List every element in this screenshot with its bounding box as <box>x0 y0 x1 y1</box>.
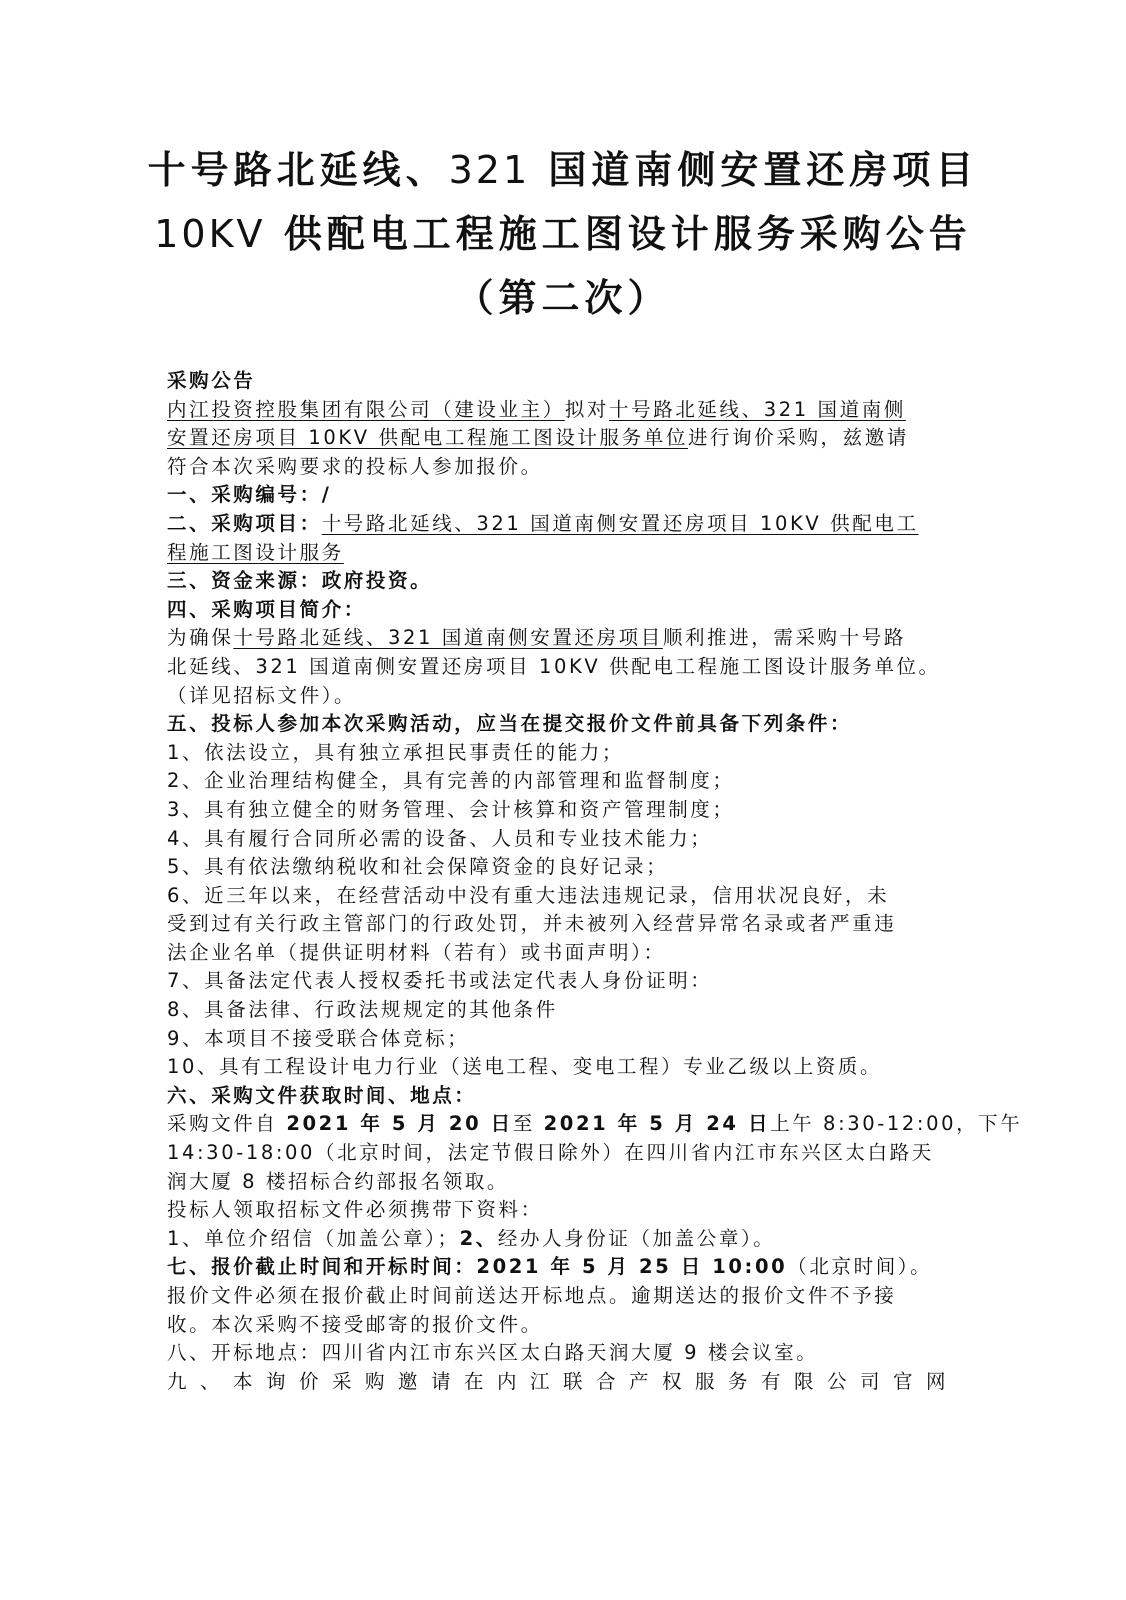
requirement-item: 8、具备法律、行政法规规定的其他条件 <box>167 996 937 1025</box>
intro-text: 拟对 <box>565 398 609 421</box>
section-2-cont: 程施工图设计服务 <box>167 539 937 568</box>
text: 顺利推进，需采购十号路 <box>663 626 906 649</box>
requirement-item: 7、具备法定代表人授权委托书或法定代表人身份证明： <box>167 967 937 996</box>
requirement-item: 3、具有独立健全的财务管理、会计核算和资产管理制度； <box>167 796 937 825</box>
requirement-item: 5、具有依法缴纳税收和社会保障资金的良好记录； <box>167 853 937 882</box>
section-5: 五、投标人参加本次采购活动，应当在提交报价文件前具备下列条件： <box>167 710 937 739</box>
section-9: 九、本询价采购邀请在内江联合产权服务有限公司官网 <box>167 1368 937 1397</box>
text: （北京时间）。 <box>787 1255 932 1278</box>
requirement-item-cont: 法企业名单（提供证明材料（若有）或书面声明）： <box>167 939 937 968</box>
requirement-item: 10、具有工程设计电力行业（送电工程、变电工程）专业乙级以上资质。 <box>167 1053 937 1082</box>
section-3: 三、资金来源：政府投资。 <box>167 567 937 596</box>
section-1: 一、采购编号：/ <box>167 481 937 510</box>
section-7-line-2: 报价文件必须在报价截止时间前送达开标地点。逾期送达的报价文件不予接 <box>167 1282 937 1311</box>
title-line-3: （第二次） <box>140 266 986 330</box>
owner-name: 内江投资控股集团有限公司（建设业主） <box>167 398 565 421</box>
title-text: 国道南侧安置还房项目 <box>548 148 978 192</box>
requirement-item: 4、具有履行合同所必需的设备、人员和专业技术能力； <box>167 825 937 854</box>
project-name: 十号路北延线、321 国道南侧安置还房项目 <box>233 626 663 649</box>
procurement-item: 十号路北延线、321 国道南侧安置还房项目 10KV 供配电工 <box>322 512 919 535</box>
title-text: 十号路北延线、 <box>148 148 449 192</box>
text: 为确保 <box>167 626 233 649</box>
start-date: 2021 年 5 月 20 日 <box>286 1112 512 1135</box>
section-4-line-3: （详见招标文件）。 <box>167 682 937 711</box>
section-label: 三、资金来源： <box>167 569 322 592</box>
title-line-1: 十号路北延线、321 国道南侧安置还房项目 <box>140 138 986 202</box>
title-number: 321 <box>449 148 531 192</box>
text: 2、 <box>460 1227 498 1250</box>
section-label: 一、采购编号： <box>167 483 322 506</box>
text: 采购文件自 <box>167 1112 286 1135</box>
requirement-item-cont: 受到过有关行政主管部门的行政处罚，并未被列入经营异常名录或者严重违 <box>167 910 937 939</box>
section-6: 六、采购文件获取时间、地点： <box>167 1082 937 1111</box>
intro-text: 进行询价采购，兹邀请 <box>688 426 909 449</box>
title-text: 供配电工程施工图设计服务采购公告 <box>284 212 972 256</box>
procurement-item: 程施工图设计服务 <box>167 541 344 564</box>
section-6-line-5: 1、单位介绍信（加盖公章）；2、经办人身份证（加盖公章）。 <box>167 1225 937 1254</box>
project-name: 安置还房项目 10KV 供配电工程施工图设计服务单位 <box>167 426 688 449</box>
text: 上午 8:30-12:00，下午 <box>770 1112 1022 1135</box>
section-2: 二、采购项目：十号路北延线、321 国道南侧安置还房项目 10KV 供配电工 <box>167 510 937 539</box>
requirement-item: 6、近三年以来，在经营活动中没有重大违法违规记录，信用状况良好，未 <box>167 882 937 911</box>
section-7: 七、报价截止时间和开标时间：2021 年 5 月 25 日 10:00（北京时间… <box>167 1253 937 1282</box>
procurement-number: / <box>322 483 332 506</box>
project-name: 十号路北延线、321 国道南侧 <box>609 398 906 421</box>
document-page: 十号路北延线、321 国道南侧安置还房项目 10KV 供配电工程施工图设计服务采… <box>0 0 1126 1600</box>
section-4-line-1: 为确保十号路北延线、321 国道南侧安置还房项目顺利推进，需采购十号路 <box>167 624 937 653</box>
section-6-line-4: 投标人领取招标文件必须携带下资料： <box>167 1196 937 1225</box>
requirement-item: 1、依法设立，具有独立承担民事责任的能力； <box>167 739 937 768</box>
intro-line-3: 符合本次采购要求的投标人参加报价。 <box>167 453 937 482</box>
title-number: 10KV <box>154 212 265 256</box>
section-4: 四、采购项目简介： <box>167 596 937 625</box>
section-6-line-2: 14:30-18:00（北京时间，法定节假日除外）在四川省内江市东兴区太白路天 <box>167 1139 937 1168</box>
intro-line-1: 内江投资控股集团有限公司（建设业主）拟对十号路北延线、321 国道南侧 <box>167 396 937 425</box>
deadline-datetime: 2021 年 5 月 25 日 10:00 <box>476 1255 787 1278</box>
section-7-line-3: 收。本次采购不接受邮寄的报价文件。 <box>167 1311 937 1340</box>
text: 经办人身份证（加盖公章）。 <box>498 1227 776 1250</box>
section-label: 七、报价截止时间和开标时间： <box>167 1255 476 1278</box>
section-heading: 采购公告 <box>167 367 937 396</box>
document-title: 十号路北延线、321 国道南侧安置还房项目 10KV 供配电工程施工图设计服务采… <box>140 138 986 330</box>
section-6-line-1: 采购文件自 2021 年 5 月 20 日至 2021 年 5 月 24 日上午… <box>167 1110 937 1139</box>
text: 至 <box>513 1112 544 1135</box>
intro-line-2: 安置还房项目 10KV 供配电工程施工图设计服务单位进行询价采购，兹邀请 <box>167 424 937 453</box>
requirement-item: 2、企业治理结构健全，具有完善的内部管理和监督制度； <box>167 767 937 796</box>
text: 1、单位介绍信（加盖公章）； <box>167 1227 460 1250</box>
section-4-line-2: 北延线、321 国道南侧安置还房项目 10KV 供配电工程施工图设计服务单位。 <box>167 653 937 682</box>
document-body: 采购公告 内江投资控股集团有限公司（建设业主）拟对十号路北延线、321 国道南侧… <box>167 367 937 1396</box>
section-8: 八、开标地点：四川省内江市东兴区太白路天润大厦 9 楼会议室。 <box>167 1339 937 1368</box>
end-date: 2021 年 5 月 24 日 <box>544 1112 770 1135</box>
title-line-2: 10KV 供配电工程施工图设计服务采购公告 <box>140 202 986 266</box>
section-label: 二、采购项目： <box>167 512 322 535</box>
section-6-line-3: 润大厦 8 楼招标合约部报名领取。 <box>167 1168 937 1197</box>
requirement-item: 9、本项目不接受联合体竞标； <box>167 1025 937 1054</box>
funding-source: 政府投资。 <box>322 569 433 592</box>
